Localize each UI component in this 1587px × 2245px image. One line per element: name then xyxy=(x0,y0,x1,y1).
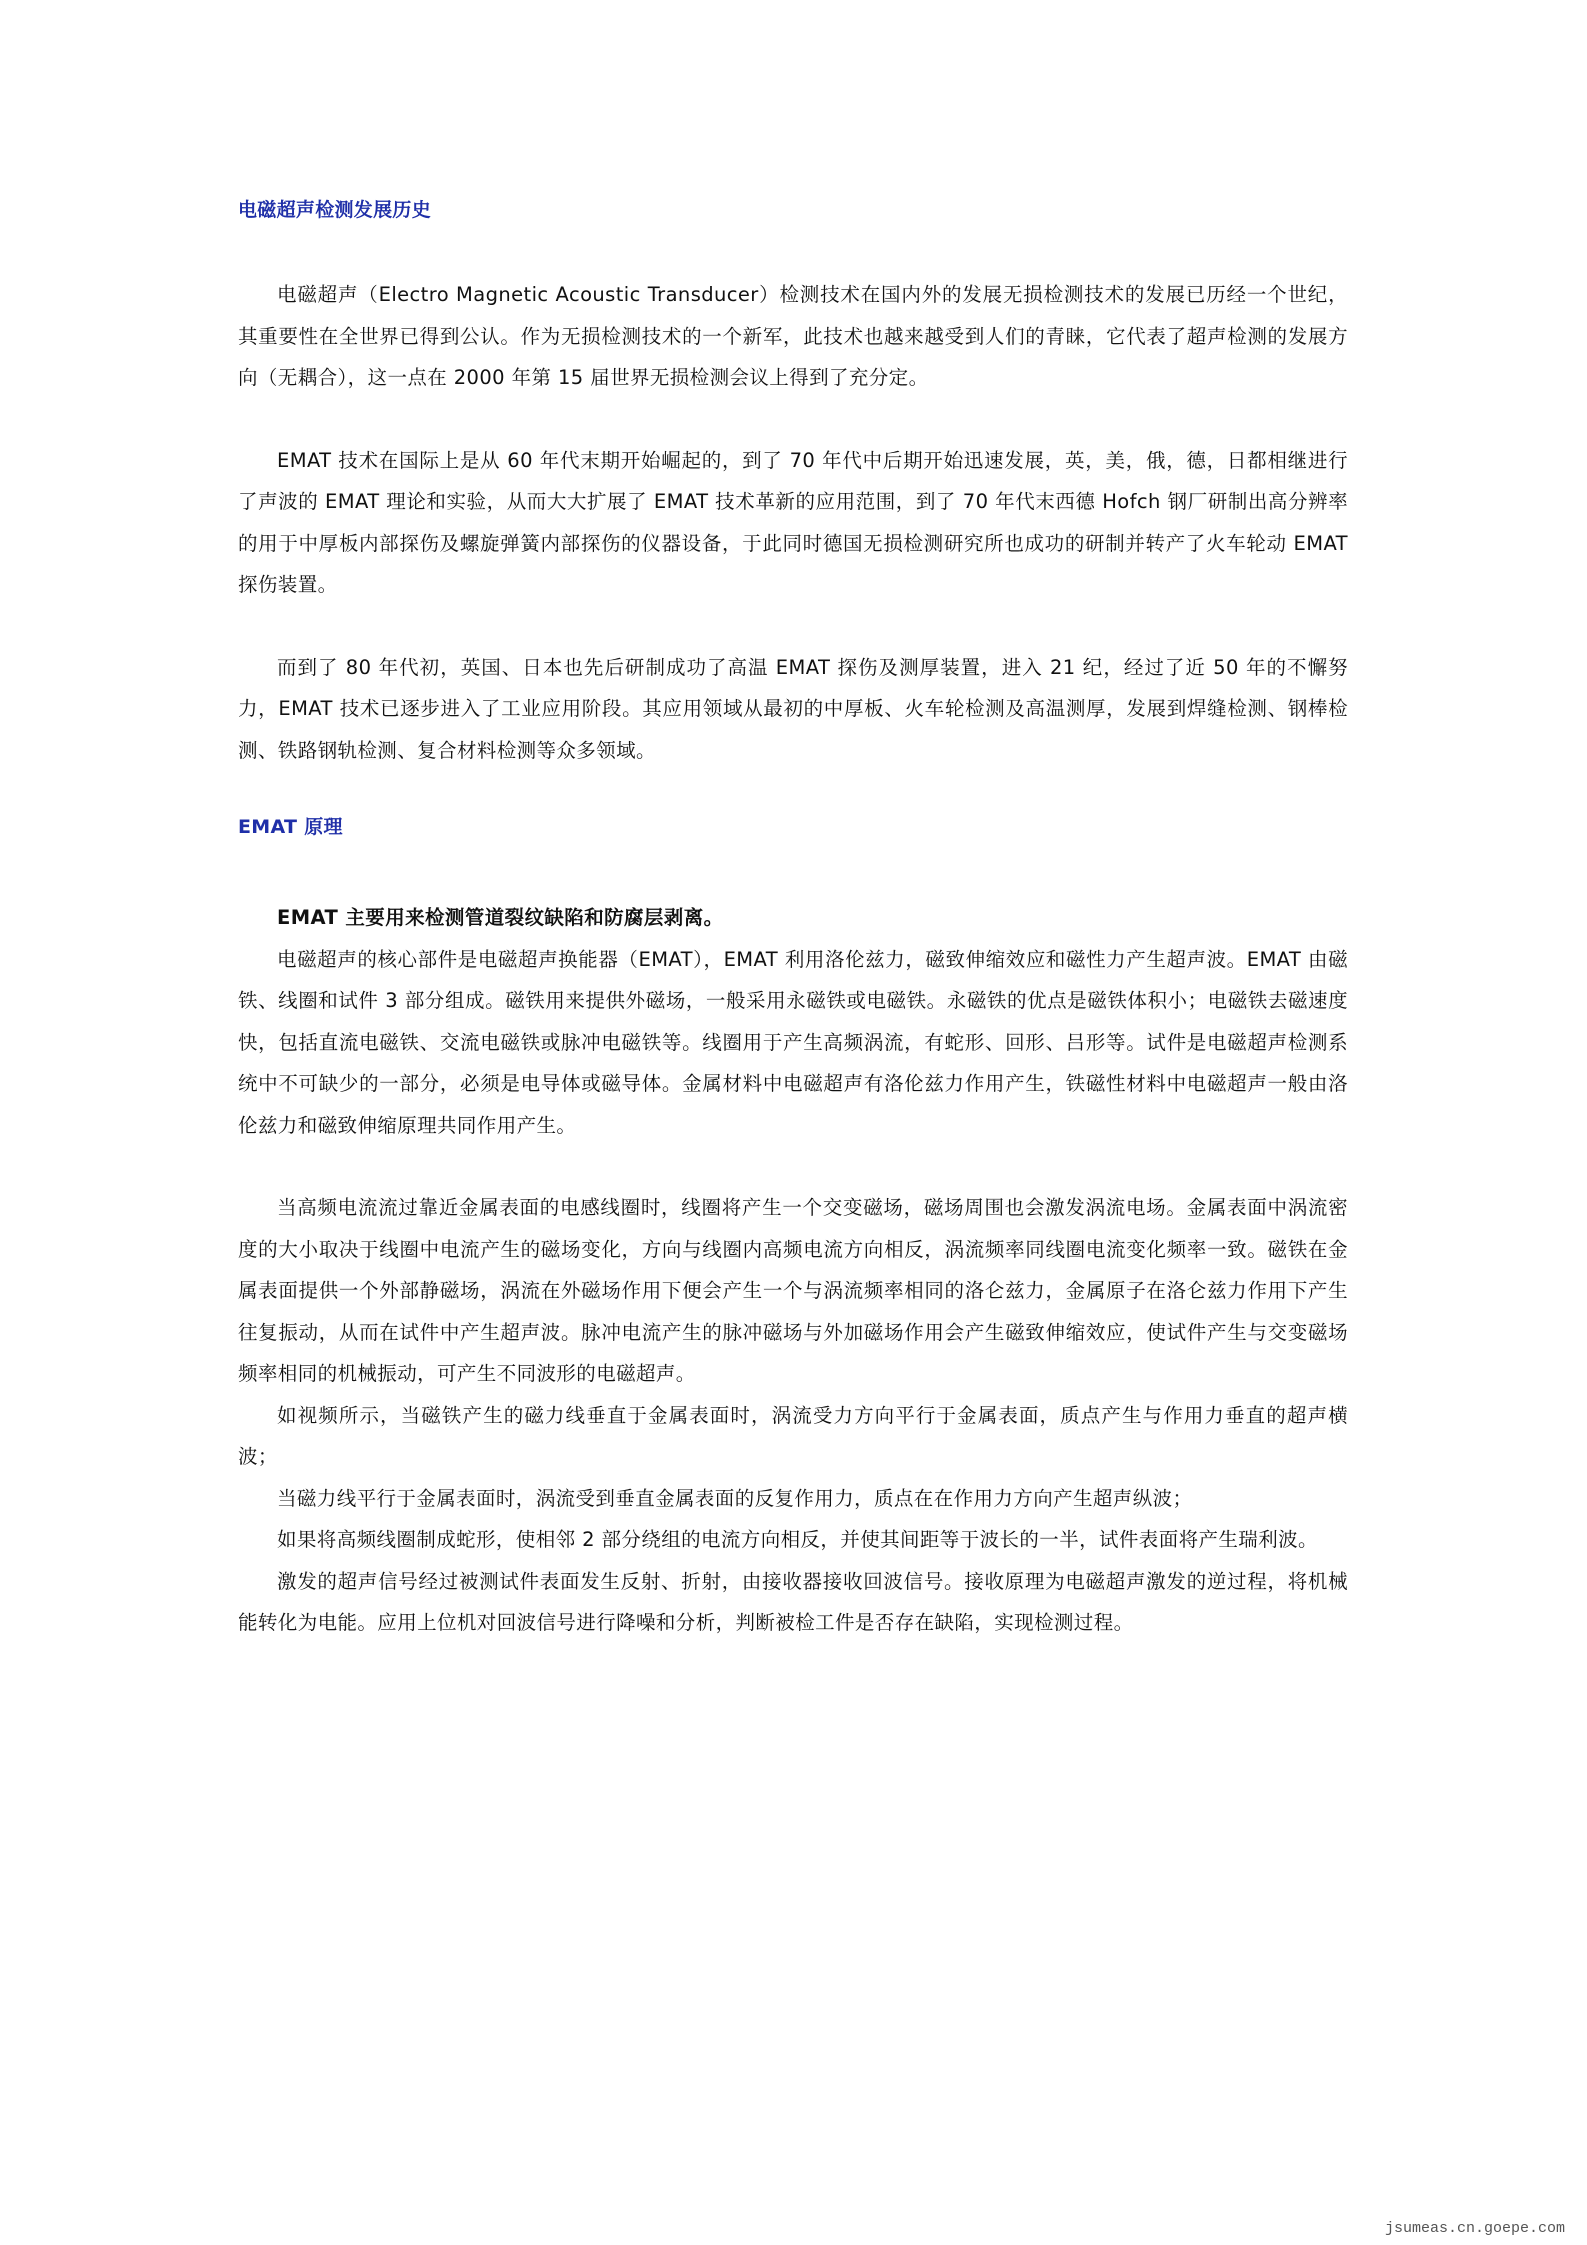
footer-watermark: jsumeas.cn.goepe.com xyxy=(1385,2220,1565,2237)
spacer xyxy=(238,224,1348,274)
paragraph-history-2: EMAT 技术在国际上是从 60 年代末期开始崛起的，到了 70 年代中后期开始… xyxy=(238,440,1348,606)
paragraph-history-1: 电磁超声（Electro Magnetic Acoustic Transduce… xyxy=(238,274,1348,399)
spacer xyxy=(238,841,1348,897)
paragraph-history-3: 而到了 80 年代初，英国、日本也先后研制成功了高温 EMAT 探伤及测厚装置，… xyxy=(238,647,1348,772)
document-page: 电磁超声检测发展历史 电磁超声（Electro Magnetic Acousti… xyxy=(238,196,1348,1644)
paragraph-principle-6: 激发的超声信号经过被测试件表面发生反射、折射，由接收器接收回波信号。接收原理为电… xyxy=(238,1561,1348,1644)
section-heading-principle: EMAT 原理 xyxy=(238,813,1348,841)
spacer xyxy=(238,1146,1348,1187)
paragraph-principle-2: 当高频电流流过靠近金属表面的电感线圈时，线圈将产生一个交变磁场，磁场周围也会激发… xyxy=(238,1187,1348,1395)
paragraph-principle-1: 电磁超声的核心部件是电磁超声换能器（EMAT），EMAT 利用洛伦兹力，磁致伸缩… xyxy=(238,939,1348,1147)
section-heading-history: 电磁超声检测发展历史 xyxy=(238,196,1348,224)
spacer xyxy=(238,771,1348,813)
paragraph-principle-5: 如果将高频线圈制成蛇形，使相邻 2 部分绕组的电流方向相反，并使其间距等于波长的… xyxy=(238,1519,1348,1561)
paragraph-principle-3: 如视频所示，当磁铁产生的磁力线垂直于金属表面时，涡流受力方向平行于金属表面，质点… xyxy=(238,1395,1348,1478)
paragraph-principle-4: 当磁力线平行于金属表面时，涡流受到垂直金属表面的反复作用力，质点在在作用力方向产… xyxy=(238,1478,1348,1520)
spacer xyxy=(238,399,1348,440)
spacer xyxy=(238,606,1348,647)
principle-lead: EMAT 主要用来检测管道裂纹缺陷和防腐层剥离。 xyxy=(238,897,1348,939)
